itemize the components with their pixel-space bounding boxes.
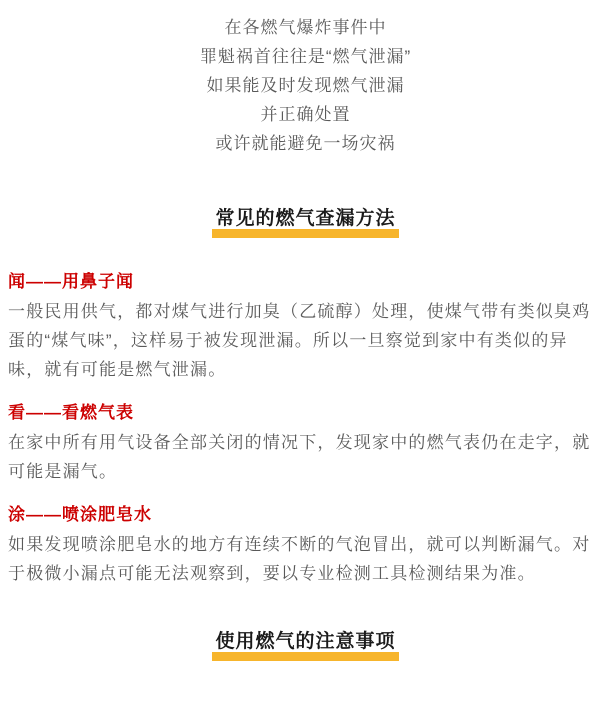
method-body-soap: 如果发现喷涂肥皂水的地方有连续不断的气泡冒出，就可以判断漏气。对于极微小漏点可能… <box>8 530 603 588</box>
section-title-leak-detection: 常见的燃气查漏方法 <box>212 209 398 238</box>
method-item-look: 看——看燃气表 在家中所有用气设备全部关闭的情况下，发现家中的燃气表仍在走字，就… <box>8 403 603 486</box>
method-body-smell: 一般民用供气，都对煤气进行加臭（乙硫醇）处理，使煤气带有类似臭鸡蛋的“煤气味”，… <box>8 297 603 384</box>
method-heading-smell: 闻——用鼻子闻 <box>8 272 603 292</box>
method-heading-look: 看——看燃气表 <box>8 403 603 423</box>
method-item-soap: 涂——喷涂肥皂水 如果发现喷涂肥皂水的地方有连续不断的气泡冒出，就可以判断漏气。… <box>8 505 603 588</box>
intro-line: 在各燃气爆炸事件中 <box>8 13 603 42</box>
method-item-smell: 闻——用鼻子闻 一般民用供气，都对煤气进行加臭（乙硫醇）处理，使煤气带有类似臭鸡… <box>8 272 603 384</box>
leak-detection-section: 闻——用鼻子闻 一般民用供气，都对煤气进行加臭（乙硫醇）处理，使煤气带有类似臭鸡… <box>8 272 603 588</box>
intro-block: 在各燃气爆炸事件中 罪魁祸首往往是“燃气泄漏” 如果能及时发现燃气泄漏 并正确处… <box>8 13 603 158</box>
intro-line: 如果能及时发现燃气泄漏 <box>8 71 603 100</box>
section-title-row: 常见的燃气查漏方法 <box>8 209 603 238</box>
intro-line: 并正确处置 <box>8 100 603 129</box>
intro-line: 罪魁祸首往往是“燃气泄漏” <box>8 42 603 71</box>
section-title-row: 使用燃气的注意事项 <box>8 632 603 661</box>
intro-line: 或许就能避免一场灾祸 <box>8 129 603 158</box>
section-title-usage-notes: 使用燃气的注意事项 <box>212 632 398 661</box>
article-page: 在各燃气爆炸事件中 罪魁祸首往往是“燃气泄漏” 如果能及时发现燃气泄漏 并正确处… <box>0 0 611 701</box>
method-heading-soap: 涂——喷涂肥皂水 <box>8 505 603 525</box>
method-body-look: 在家中所有用气设备全部关闭的情况下，发现家中的燃气表仍在走字，就可能是漏气。 <box>8 428 603 486</box>
